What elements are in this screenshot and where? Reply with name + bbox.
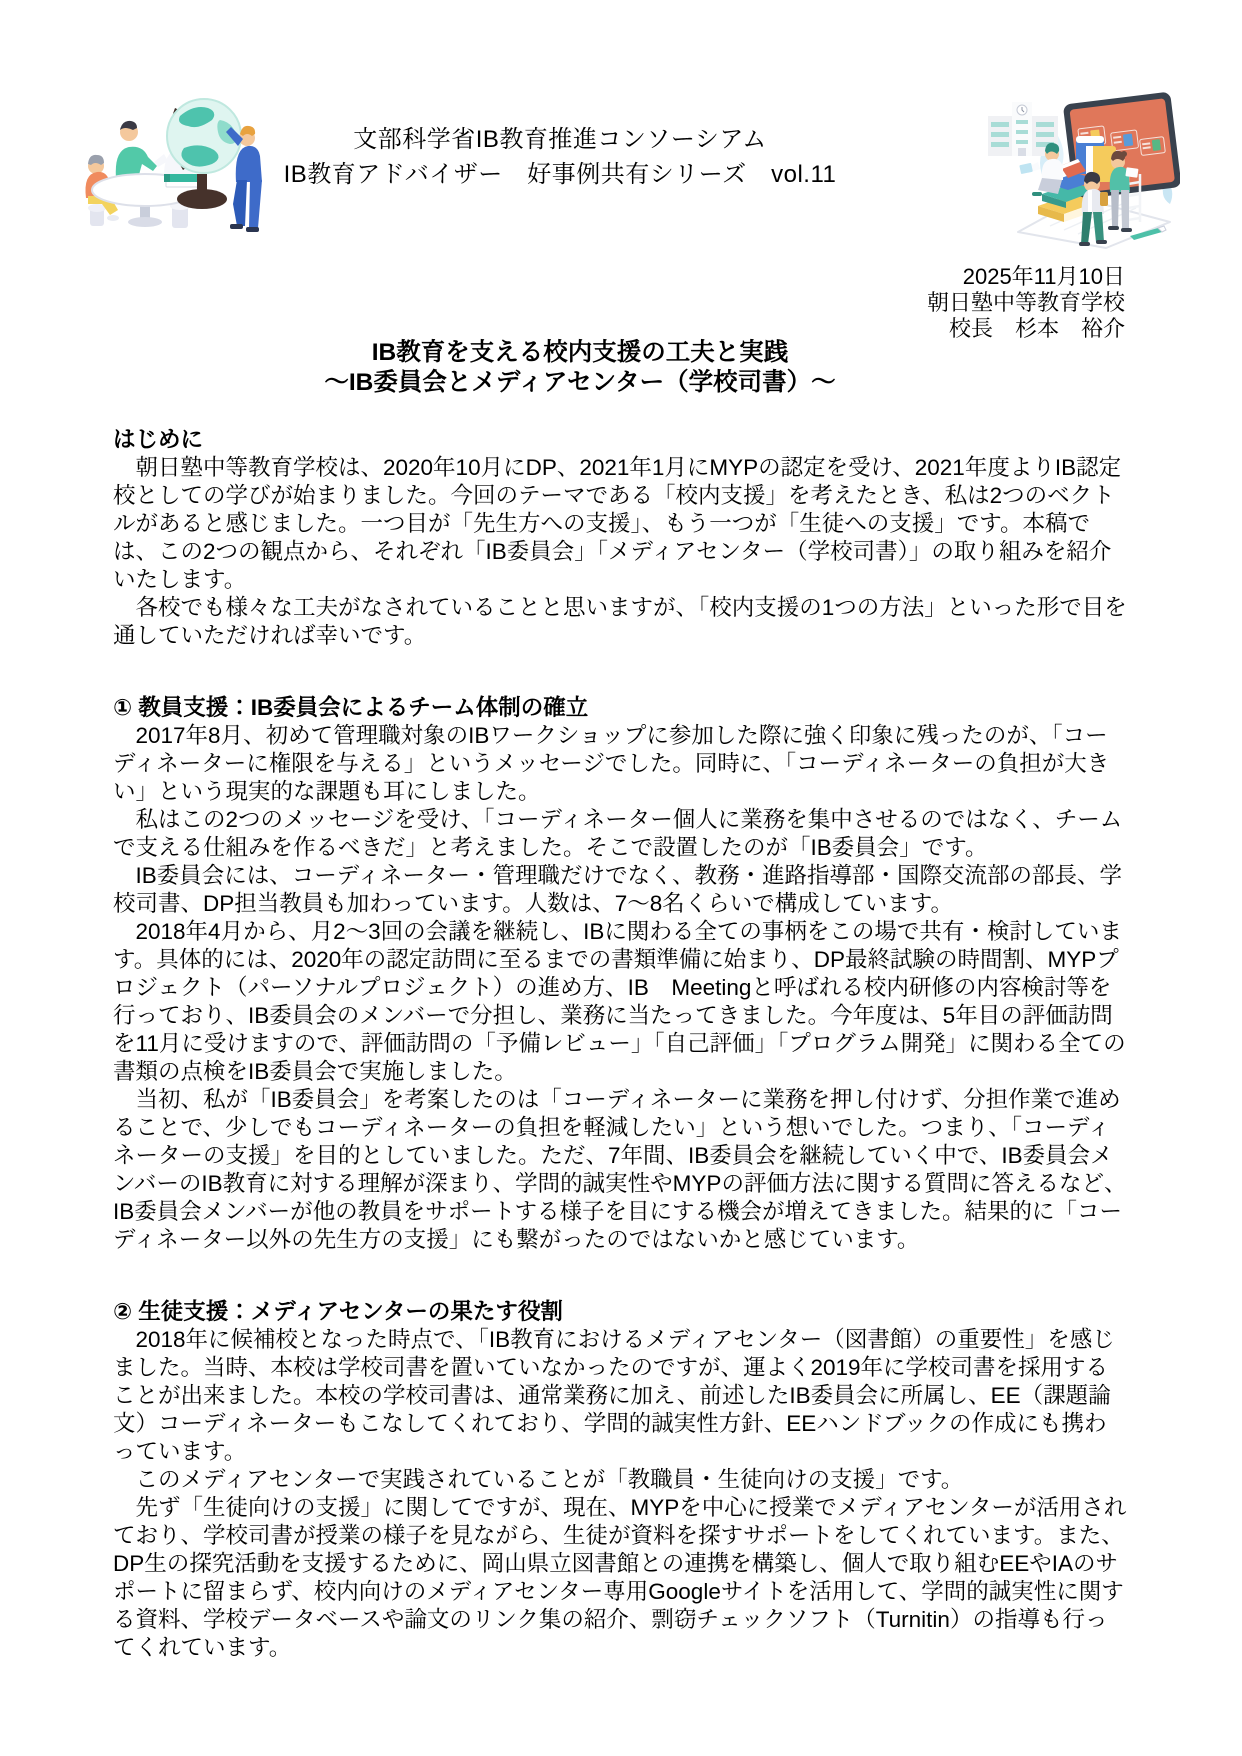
title-line-1: IB教育を支える校内支援の工夫と実践	[0, 338, 1160, 368]
section-introduction: はじめに 朝日塾中等教育学校は、2020年10月にDP、2021年1月にMYPの…	[113, 426, 1127, 650]
paragraph: 2017年8月、初めて管理職対象のIBワークショップに参加した際に強く印象に残っ…	[113, 722, 1127, 806]
byline: 2025年11月10日 朝日塾中等教育学校 校長 杉本 裕介	[927, 264, 1125, 342]
school-name: 朝日塾中等教育学校	[927, 290, 1125, 316]
book-icon	[164, 174, 202, 187]
consortium-name: 文部科学省IB教育推進コンソーシアム	[245, 122, 875, 157]
paragraph: 先ず「生徒向けの支援」に関してですが、現在、MYPを中心に授業でメディアセンター…	[113, 1494, 1127, 1662]
paragraph: 2018年4月から、月2～3回の会議を継続し、IBに関わる全ての事柄をこの場で共…	[113, 918, 1127, 1086]
title-line-2: ～IB委員会とメディアセンター（学校司書）～	[0, 368, 1160, 398]
paragraph: 各校でも様々な工夫がなされていることと思いますが、「校内支援の1つの方法」といっ…	[113, 594, 1127, 650]
document-page: 文部科学省IB教育推進コンソーシアム IB教育アドバイザー 好事例共有シリーズ …	[0, 0, 1242, 1756]
meeting-around-globe-icon	[80, 86, 270, 238]
document-title: IB教育を支える校内支援の工夫と実践 ～IB委員会とメディアセンター（学校司書）…	[0, 338, 1160, 398]
paragraph: 朝日塾中等教育学校は、2020年10月にDP、2021年1月にMYPの認定を受け…	[113, 454, 1127, 594]
paragraph: IB委員会には、コーディネーター・管理職だけでなく、教務・進路指導部・国際交流部…	[113, 862, 1127, 918]
library-learning-illustration	[980, 84, 1180, 252]
meeting-around-globe-illustration	[80, 86, 270, 238]
section-heading: ① 教員支援：IB委員会によるチーム体制の確立	[113, 694, 1127, 722]
section-heading: はじめに	[113, 426, 1127, 454]
library-learning-icon	[980, 84, 1180, 252]
document-date: 2025年11月10日	[927, 264, 1125, 290]
paragraph: このメディアセンターで実践されていることが「教職員・生徒向けの支援」です。	[113, 1466, 1127, 1494]
document-header: 文部科学省IB教育推進コンソーシアム IB教育アドバイザー 好事例共有シリーズ …	[245, 122, 875, 192]
document-body: はじめに 朝日塾中等教育学校は、2020年10月にDP、2021年1月にMYPの…	[113, 426, 1127, 1662]
section-teacher-support: ① 教員支援：IB委員会によるチーム体制の確立 2017年8月、初めて管理職対象…	[113, 694, 1127, 1254]
paragraph: 当初、私が「IB委員会」を考案したのは「コーディネーターに業務を押し付けず、分担…	[113, 1086, 1127, 1254]
paragraph: 2018年に候補校となった時点で、「IB教育におけるメディアセンター（図書館）の…	[113, 1326, 1127, 1466]
person-teal-icon	[116, 121, 157, 180]
section-student-support: ② 生徒支援：メディアセンターの果たす役割 2018年に候補校となった時点で、「…	[113, 1298, 1127, 1662]
paragraph: 私はこの2つのメッセージを受け、「コーディネーター個人に業務を集中させるのではな…	[113, 806, 1127, 862]
series-title: IB教育アドバイザー 好事例共有シリーズ vol.11	[245, 157, 875, 192]
section-heading: ② 生徒支援：メディアセンターの果たす役割	[113, 1298, 1127, 1326]
